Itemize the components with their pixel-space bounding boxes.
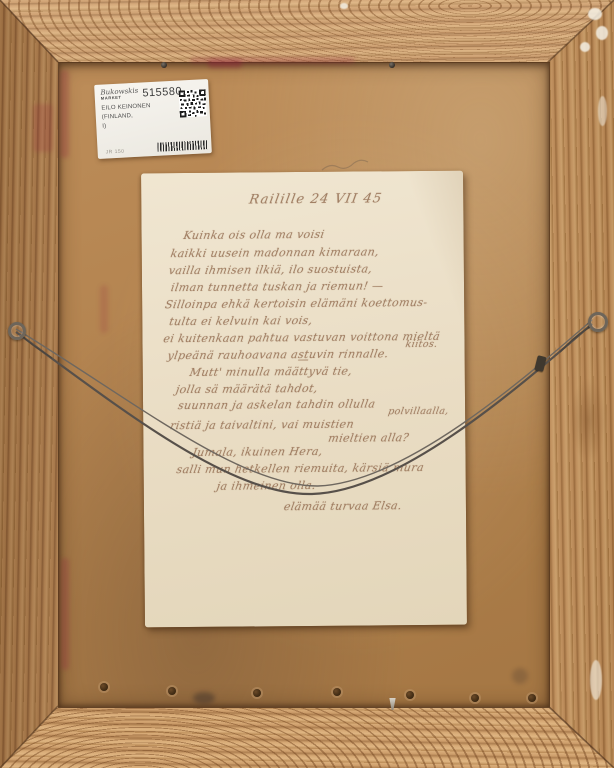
nail-hole	[168, 687, 176, 695]
nail-hole	[100, 683, 108, 691]
paint-speck	[596, 26, 608, 40]
framed-artwork-back-photo: Bukowskis MARKET 515580 EILO KEINONEN (F…	[0, 0, 614, 768]
qr-code-icon	[179, 89, 207, 117]
auction-house-logo: Bukowskis MARKET	[100, 88, 138, 101]
handwritten-date-heading: Railille 24 VII 45	[248, 191, 384, 207]
paint-speck	[598, 96, 607, 126]
nail-hole	[528, 694, 536, 702]
nail-hole	[253, 689, 261, 697]
handwritten-signature: elämää turvaa Elsa.	[283, 499, 403, 513]
handwritten-line: mieltien alla?	[327, 431, 410, 445]
paint-speck	[588, 8, 602, 20]
brand-caps-text: MARKET	[101, 95, 139, 101]
nail-hole	[471, 694, 479, 702]
nail-hole	[333, 688, 341, 696]
handwritten-note-paper: Railille 24 VII 45 Kuinka ois olla ma vo…	[141, 171, 467, 628]
eye-screw-left	[8, 322, 26, 340]
handwritten-line: Mutt' minulla määttyvä tie,	[189, 365, 354, 379]
dirt-smudge	[512, 668, 528, 684]
handwritten-line: vailla ihmisen ilkiä, ilo suostuista,	[168, 262, 374, 277]
handwritten-line: ei kuitenkaan pahtua vastuvan voittona m…	[162, 330, 441, 345]
item-number: 515580	[142, 85, 182, 99]
handwritten-line: Jumala, ikuinen Hera,	[191, 445, 324, 459]
handwritten-line: ylpeänä rauhoavana astuvin rinnalle.	[167, 347, 390, 362]
red-stain	[100, 285, 108, 333]
handwritten-line: Kuinka ois olla ma voisi	[182, 228, 325, 242]
handwritten-line: ja ihmeinen olla.	[216, 479, 317, 493]
nail-head	[389, 62, 395, 68]
handwritten-line: ristiä ja taivaltini, vai muistien	[169, 418, 355, 433]
handwritten-line: suunnan ja askelan tahdin ollulla	[177, 397, 377, 412]
handwritten-line: kaikki uusein madonnan kimaraan,	[170, 245, 381, 260]
handwritten-line: salli mun hetkellen riemuita, kärsiä mur…	[176, 461, 426, 476]
red-stain	[208, 59, 242, 68]
auction-label: Bukowskis MARKET 515580 EILO KEINONEN (F…	[94, 79, 212, 159]
handwritten-annotation: kiitos.	[405, 339, 439, 350]
paint-speck	[340, 3, 348, 9]
red-stain	[60, 70, 69, 158]
eye-screw-right	[588, 312, 608, 332]
red-stain	[33, 104, 53, 152]
handwritten-line: ilman tunnetta tuskan ja riemun! —	[170, 279, 385, 294]
handwritten-line: tulta ei kelvuin kai vois,	[168, 314, 313, 328]
red-stain	[61, 558, 69, 670]
dirt-smudge	[193, 692, 215, 704]
barcode	[157, 140, 207, 152]
artist-name-line1: EILO KEINONEN (FINLAND,	[101, 103, 151, 121]
label-corner-text: JR 150	[106, 149, 125, 156]
nail-head	[161, 62, 167, 68]
nail-hole	[406, 691, 414, 699]
paint-speck	[580, 42, 590, 52]
artist-name-line2: I)	[102, 123, 106, 129]
paint-speck	[590, 660, 602, 700]
handwritten-line: Silloinpa ehkä kertoisin elämäni koettom…	[164, 296, 429, 311]
handwritten-annotation: polvillaalla,	[387, 406, 449, 418]
handwritten-line: jolla sä määrätä tahdot,	[175, 382, 319, 396]
